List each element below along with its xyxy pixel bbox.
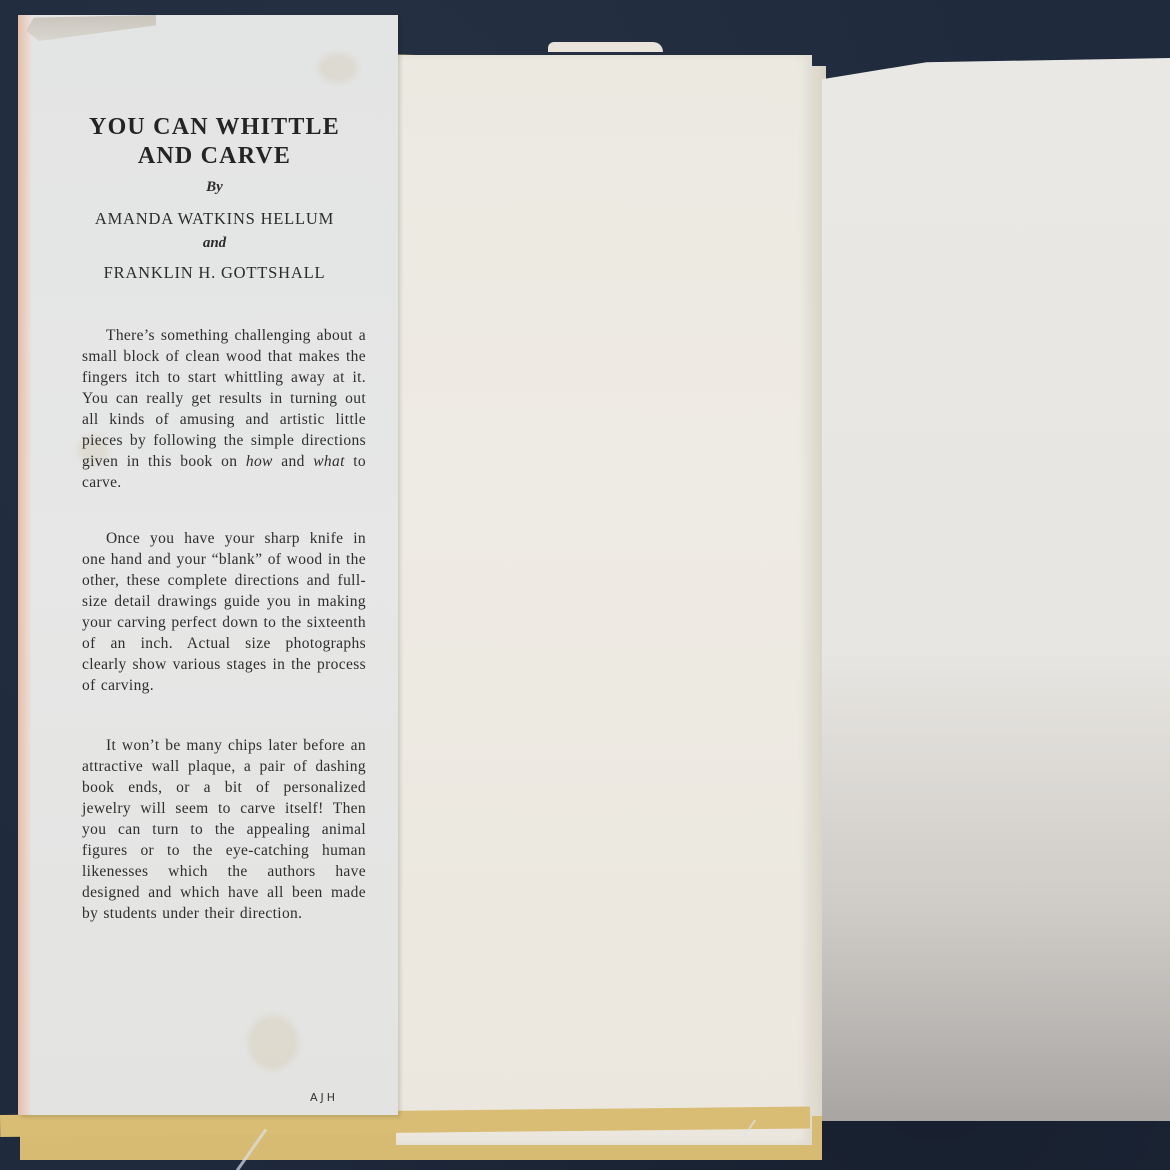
flap-text: YOU CAN WHITTLE AND CARVE By AMANDA WATK…: [62, 15, 367, 1115]
title-line-1: YOU CAN WHITTLE: [62, 113, 367, 142]
book-title: YOU CAN WHITTLE AND CARVE: [62, 113, 367, 171]
author-2: FRANKLIN H. GOTTSHALL: [62, 263, 367, 283]
torn-paper-remnant: [548, 42, 663, 52]
emphasis-what: what: [313, 453, 345, 470]
blank-right-page: [822, 58, 1170, 1121]
blurb-text: and: [273, 453, 313, 470]
and-label: and: [62, 235, 367, 252]
blurb-paragraph-1: There’s something challenging about a sm…: [82, 325, 366, 493]
author-1: AMANDA WATKINS HELLUM: [62, 209, 367, 229]
title-line-2: AND CARVE: [62, 142, 367, 171]
blank-endpaper: [396, 55, 812, 1145]
photo-scene: YOU CAN WHITTLE AND CARVE By AMANDA WATK…: [0, 0, 1170, 1170]
designer-initials: AJH: [310, 1091, 338, 1104]
blurb-paragraph-3: It won’t be many chips later before an a…: [82, 735, 366, 924]
blurb-paragraph-2: Once you have your sharp knife in one ha…: [82, 528, 366, 696]
dust-jacket-flap: YOU CAN WHITTLE AND CARVE By AMANDA WATK…: [18, 15, 398, 1115]
emphasis-how: how: [246, 453, 273, 470]
blurb-text: There’s something challenging about a sm…: [82, 327, 366, 470]
by-label: By: [62, 179, 367, 196]
